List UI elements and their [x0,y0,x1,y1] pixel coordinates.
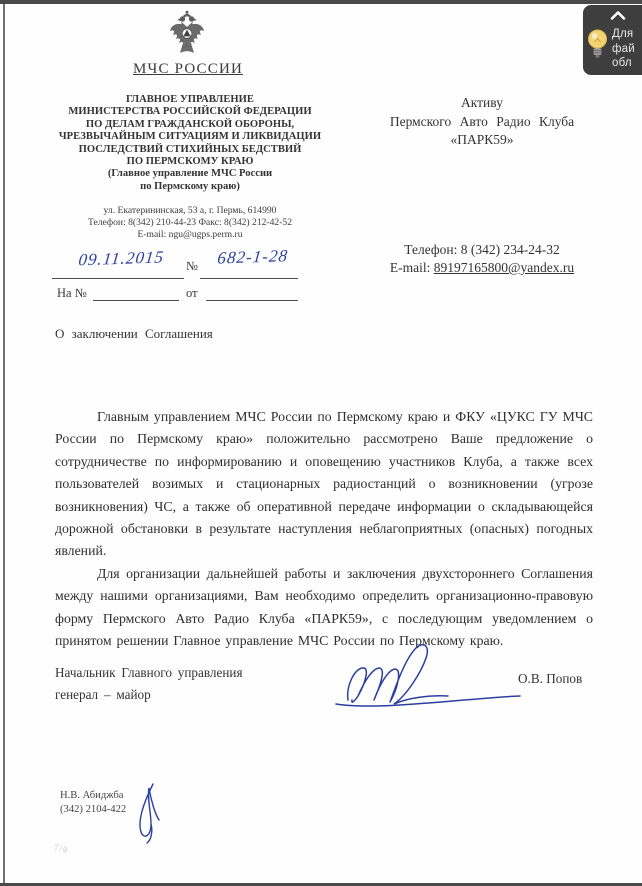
recipient-line: «ПАРК59» [368,131,596,150]
lightbulb-icon [586,28,609,66]
dept-line: ПОСЛЕДСТВИЙ СТИХИЙНЫХ БЕДСТВИЙ [25,144,355,156]
dept-line: ПО ПЕРМСКОМУ КРАЮ [25,156,355,168]
recipient-block: Активу Пермского Авто Радио Клуба «ПАРК5… [368,94,596,150]
executor-name: Н.В. Абиджба [60,789,126,803]
mchs-emblem-icon [167,9,207,59]
hint-text-line: Для [612,27,635,42]
chevron-up-icon[interactable] [609,9,627,22]
hint-text-line: обл [612,56,635,71]
signer-position-line: генерал – майор [55,684,243,706]
date-underline [52,278,184,279]
hint-text-line: фай [612,42,635,57]
letterhead-address: ул. Екатерининская, 53 а, г. Пермь, 6149… [25,205,355,241]
signer-position-line: Начальник Главного управления [55,662,243,684]
recipient-email: 89197165800@yandex.ru [434,260,574,275]
signer-position: Начальник Главного управления генерал – … [55,662,243,706]
reply-date-blank [206,300,298,301]
recipient-line: Пермского Авто Радио Клуба [368,113,596,132]
recipient-line: Активу [368,94,596,113]
handwritten-date: 09.11.2015 [60,247,183,271]
dept-line: ЧРЕЗВЫЧАЙНЫМ СИТУАЦИЯМ И ЛИКВИДАЦИИ [25,131,355,143]
address-line: E-mail: ngu@ugps.perm.ru [25,229,355,241]
page-left-border [3,4,5,883]
dept-line: (Главное управление МЧС России [25,168,355,180]
number-underline [200,278,298,279]
body-paragraph-1: Главным управлением МЧС России по Пермск… [55,406,593,563]
letterhead-department: ГЛАВНОЕ УПРАВЛЕНИЕ МИНИСТЕРСТВА РОССИЙСК… [25,94,355,193]
executor-block: Н.В. Абиджба (342) 2104-422 [60,789,126,816]
window-top-border [0,0,642,4]
executor-phone: (342) 2104-422 [60,803,126,817]
handwritten-outgoing-number: 682-1-28 [204,246,302,269]
recipient-contacts: Телефон: 8 (342) 234-24-32 E-mail: 89197… [358,241,606,277]
dept-line: по Пермскому краю) [25,181,355,193]
letter-body: Главным управлением МЧС России по Пермск… [55,406,593,652]
hint-text: Для фай обл [612,27,635,71]
signer-name: О.В. Попов [518,671,582,687]
number-sign-label: № [186,259,198,274]
signature-autograph [318,638,528,713]
hint-panel[interactable]: Для фай обл [583,5,642,75]
reply-number-blank [93,300,179,301]
address-line: Телефон: 8(342) 210-44-23 Факс: 8(342) 2… [25,217,355,229]
screenshot-root: МЧС РОССИИ ГЛАВНОЕ УПРАВЛЕНИЕ МИНИСТЕРСТ… [0,0,642,886]
pencil-page-mark: 7/g [54,843,69,853]
address-line: ул. Екатерининская, 53 а, г. Пермь, 6149… [25,205,355,217]
reply-to-label: На № [57,286,87,301]
email-label: E-mail: [390,260,431,275]
recipient-email-line: E-mail: 89197165800@yandex.ru [358,259,606,277]
executor-autograph [126,780,168,846]
dept-line: ГЛАВНОЕ УПРАВЛЕНИЕ [25,94,355,106]
org-title: МЧС РОССИИ [90,61,286,78]
letter-subject: О заключении Соглашения [55,326,213,342]
from-date-label: от [186,286,198,301]
dept-line: ПО ДЕЛАМ ГРАЖДАНСКОЙ ОБОРОНЫ, [25,119,355,131]
dept-line: МИНИСТЕРСТВА РОССИЙСКОЙ ФЕДЕРАЦИИ [25,106,355,118]
recipient-phone: Телефон: 8 (342) 234-24-32 [358,241,606,259]
